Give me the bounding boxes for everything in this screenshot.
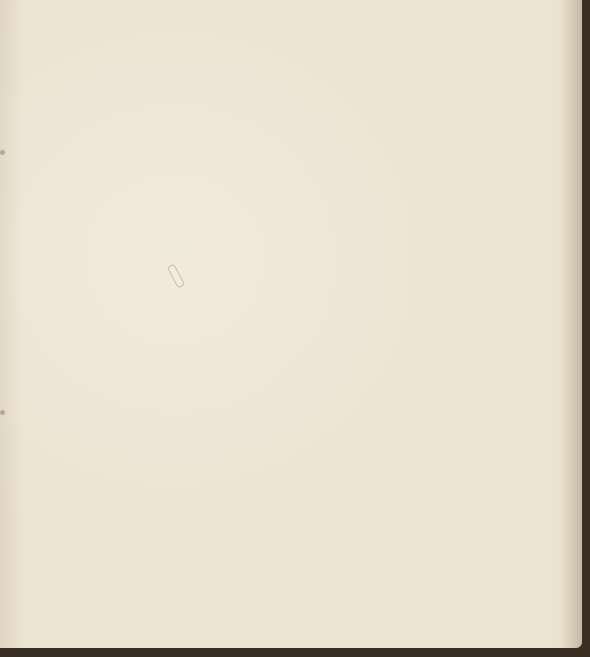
logbook-grid bbox=[0, 0, 590, 657]
